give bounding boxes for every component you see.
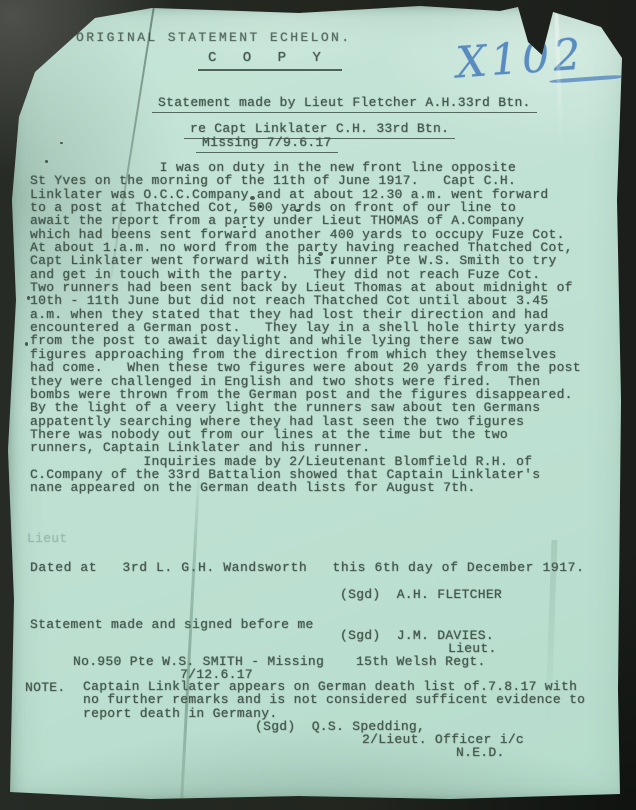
ink-speck — [259, 205, 262, 208]
ink-speck — [331, 261, 334, 264]
original-statement-stamp: ORIGINAL STATEMENT ECHELON. — [76, 30, 351, 45]
ink-speck — [286, 260, 288, 262]
ink-speck — [25, 342, 28, 346]
ink-speck — [250, 196, 255, 200]
fletcher-signature: (Sgd) A.H. FLETCHER — [340, 587, 502, 602]
witness-statement-line: Statement made and signed before me — [30, 617, 314, 632]
statement-title: Statement made by Lieut Fletcher A.H.33r… — [152, 95, 537, 113]
ink-speck — [27, 296, 30, 300]
copy-heading: C O P Y — [198, 50, 342, 71]
ink-speck — [318, 252, 323, 256]
dated-line: Dated at 3rd L. G.H. Wandsworth this 6th… — [30, 560, 584, 575]
missing-date-line: Missing 7/9.6.17 — [196, 135, 338, 153]
statement-body: I was on duty in the new front line oppo… — [30, 161, 581, 495]
note-text: Captain Linklater appears on German deat… — [83, 680, 585, 720]
ink-speck — [296, 209, 300, 212]
scanner-background: { "colors": { "ink": "#44584e", "blue": … — [0, 0, 636, 810]
ink-speck — [243, 226, 246, 228]
davies-regiment: 15th Welsh Regt. — [356, 654, 486, 669]
ink-speck — [60, 142, 63, 144]
document-paper: ORIGINAL STATEMENT ECHELON. C O P Y X102… — [0, 0, 636, 810]
faded-stamp: Lieut — [27, 531, 68, 546]
spedding-unit: N.E.D. — [456, 745, 505, 760]
ink-speck — [45, 160, 48, 163]
note-label: NOTE. — [25, 680, 66, 695]
crease-line — [180, 460, 201, 805]
